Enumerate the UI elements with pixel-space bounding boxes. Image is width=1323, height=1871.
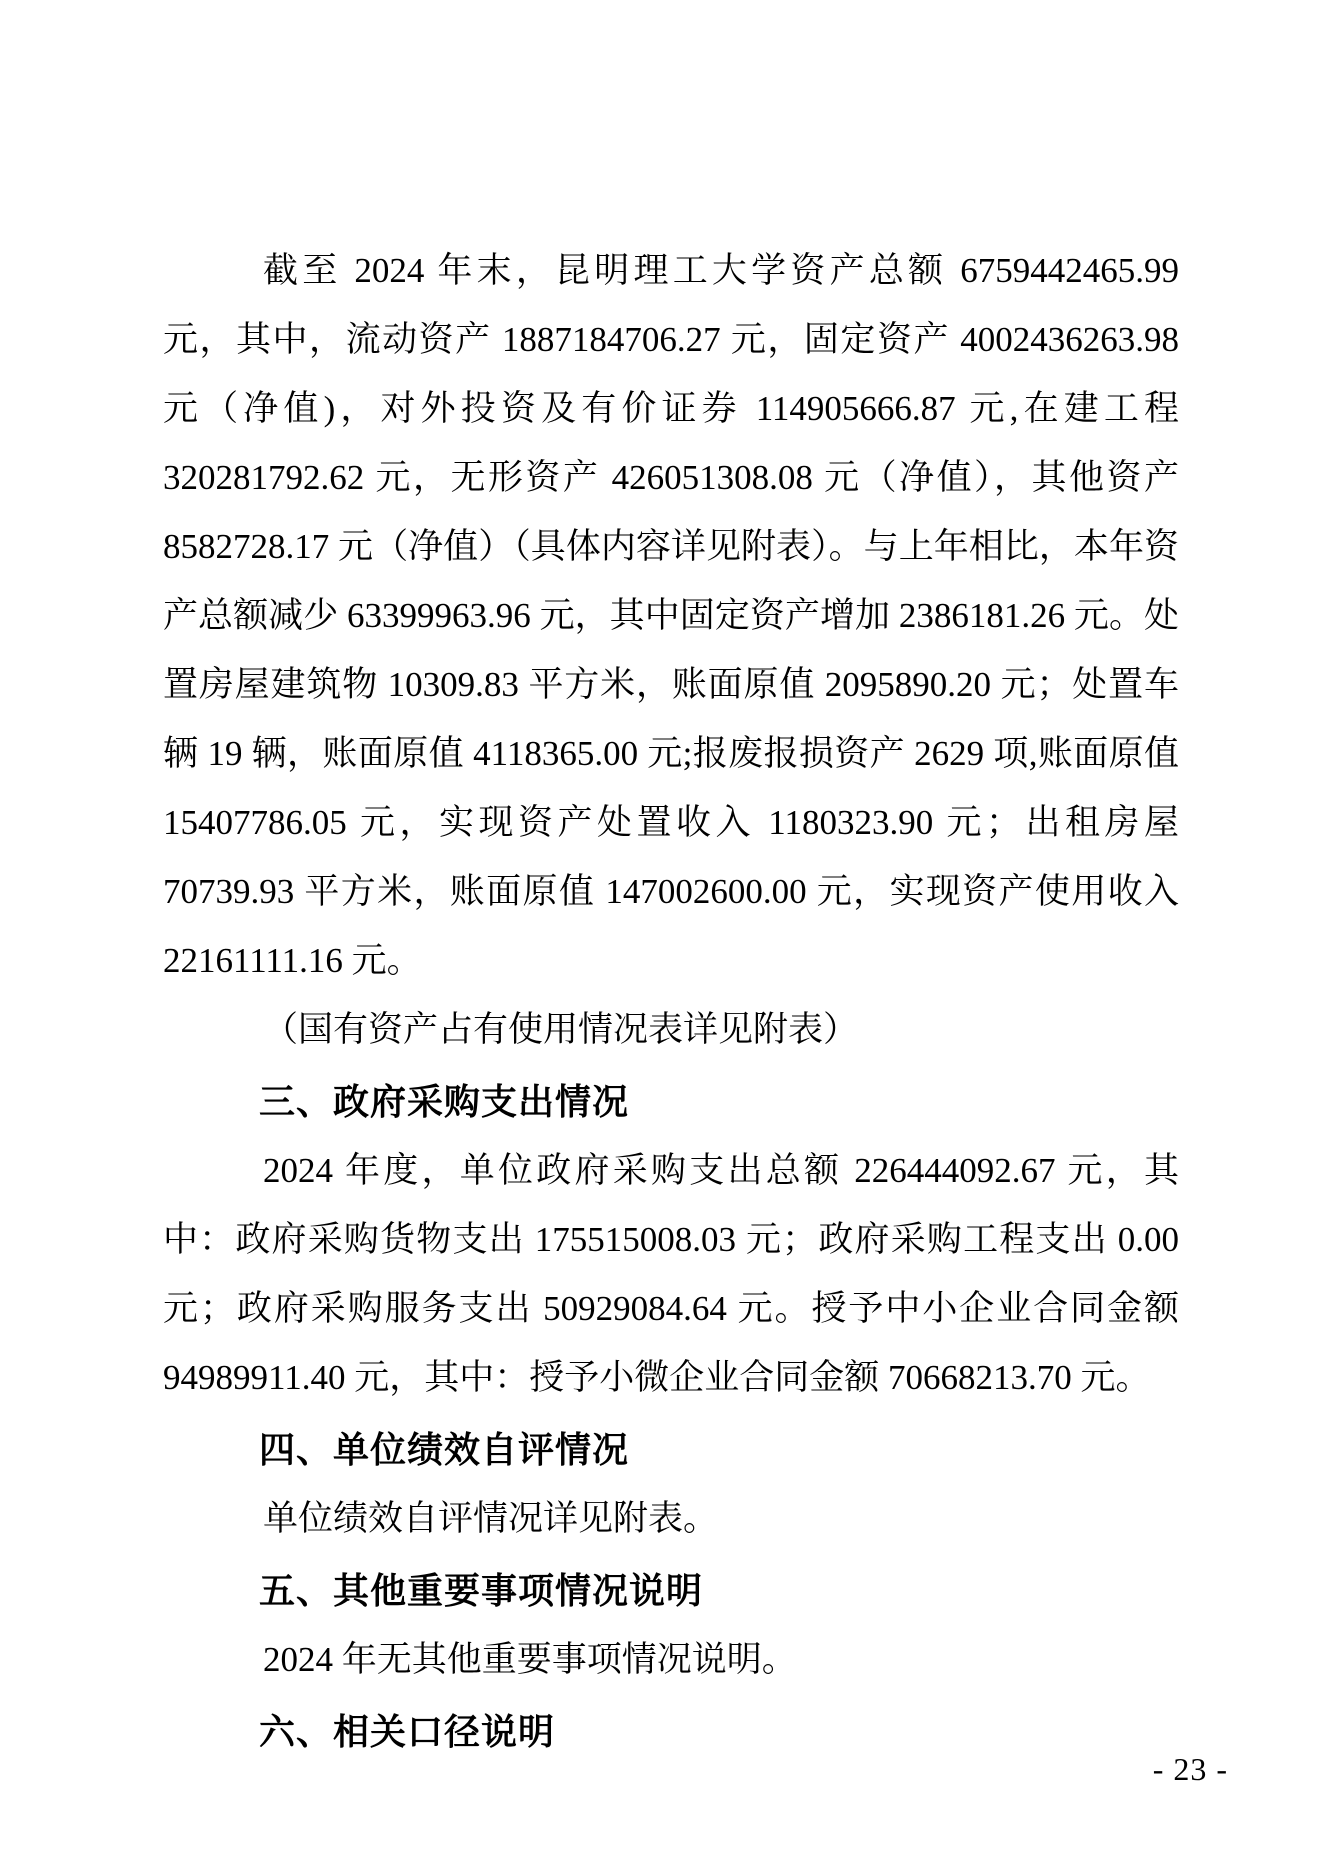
section-heading-caliber-notes: 六、相关口径说明 <box>163 1697 1179 1766</box>
section-heading-performance: 四、单位绩效自评情况 <box>163 1415 1179 1484</box>
asset-table-note-paragraph: （国有资产占有使用情况表详见附表） <box>163 995 1179 1064</box>
section-heading-other-matters: 五、其他重要事项情况说明 <box>163 1556 1179 1625</box>
document-page: 截至 2024 年末，昆明理工大学资产总额 6759442465.99 元，其中… <box>0 0 1323 1871</box>
procurement-paragraph: 2024 年度，单位政府采购支出总额 226444092.67 元，其中：政府采… <box>163 1136 1179 1412</box>
document-body: 截至 2024 年末，昆明理工大学资产总额 6759442465.99 元，其中… <box>163 236 1179 1766</box>
section-heading-procurement: 三、政府采购支出情况 <box>163 1067 1179 1136</box>
asset-summary-paragraph: 截至 2024 年末，昆明理工大学资产总额 6759442465.99 元，其中… <box>163 236 1179 995</box>
page-number: - 23 - <box>1153 1745 1228 1793</box>
other-matters-paragraph: 2024 年无其他重要事项情况说明。 <box>163 1625 1179 1694</box>
performance-paragraph: 单位绩效自评情况详见附表。 <box>163 1484 1179 1553</box>
